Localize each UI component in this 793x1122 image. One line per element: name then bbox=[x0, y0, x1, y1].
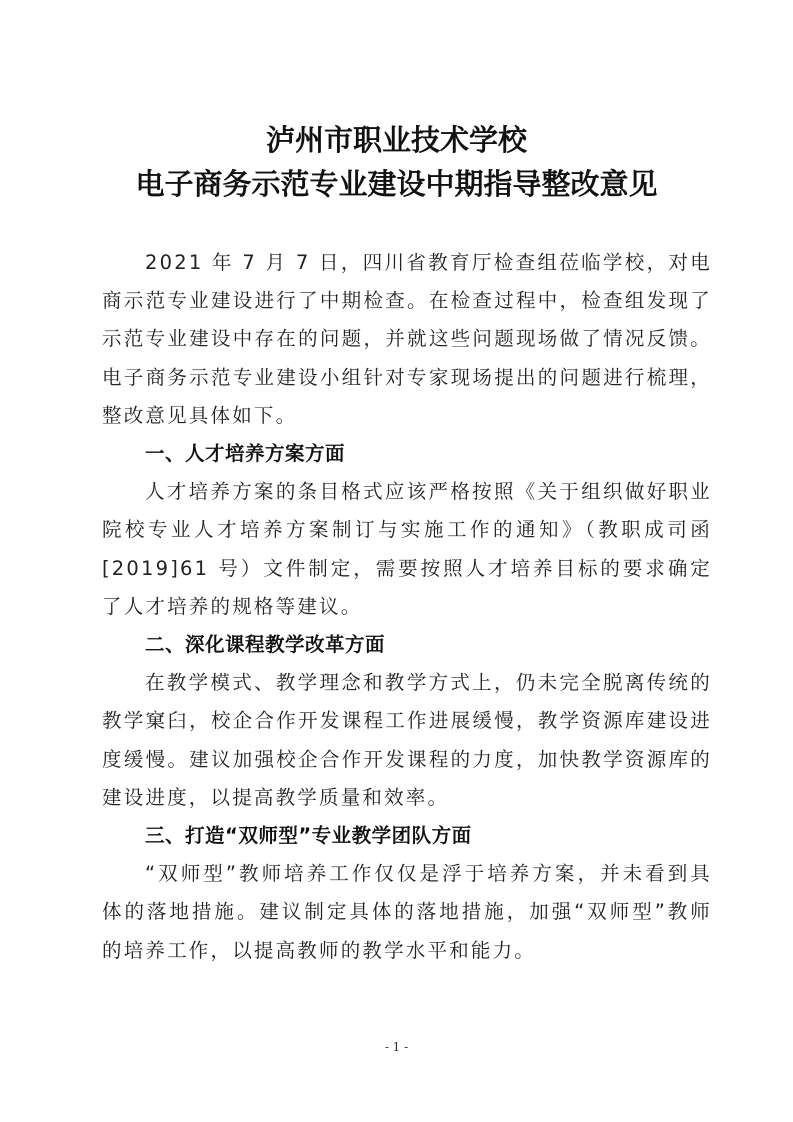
document-title-line1: 泸州市职业技术学校 bbox=[0, 118, 793, 159]
section-paragraph-1: 人才培养方案的条目格式应该严格按照《关于组织做好职业院校专业人才培养方案制订与实… bbox=[102, 473, 712, 626]
document-page: 泸州市职业技术学校 电子商务示范专业建设中期指导整改意见 2021 年 7 月 … bbox=[0, 0, 793, 1122]
section-heading-3: 三、打造“双师型”专业教学团队方面 bbox=[102, 817, 712, 855]
intro-paragraph: 2021 年 7 月 7 日，四川省教育厅检查组莅临学校，对电商示范专业建设进行… bbox=[102, 244, 712, 435]
document-body: 2021 年 7 月 7 日，四川省教育厅检查组莅临学校，对电商示范专业建设进行… bbox=[102, 244, 712, 970]
section-heading-2: 二、深化课程教学改革方面 bbox=[102, 626, 712, 664]
document-title-line2: 电子商务示范专业建设中期指导整改意见 bbox=[0, 162, 793, 203]
section-paragraph-2: 在教学模式、教学理念和教学方式上，仍未完全脱离传统的教学窠臼，校企合作开发课程工… bbox=[102, 664, 712, 817]
page-number: - 1 - bbox=[0, 1040, 793, 1054]
section-heading-1: 一、人才培养方案方面 bbox=[102, 435, 712, 473]
section-paragraph-3: “双师型”教师培养工作仅仅是浮于培养方案，并未看到具体的落地措施。建议制定具体的… bbox=[102, 855, 712, 970]
